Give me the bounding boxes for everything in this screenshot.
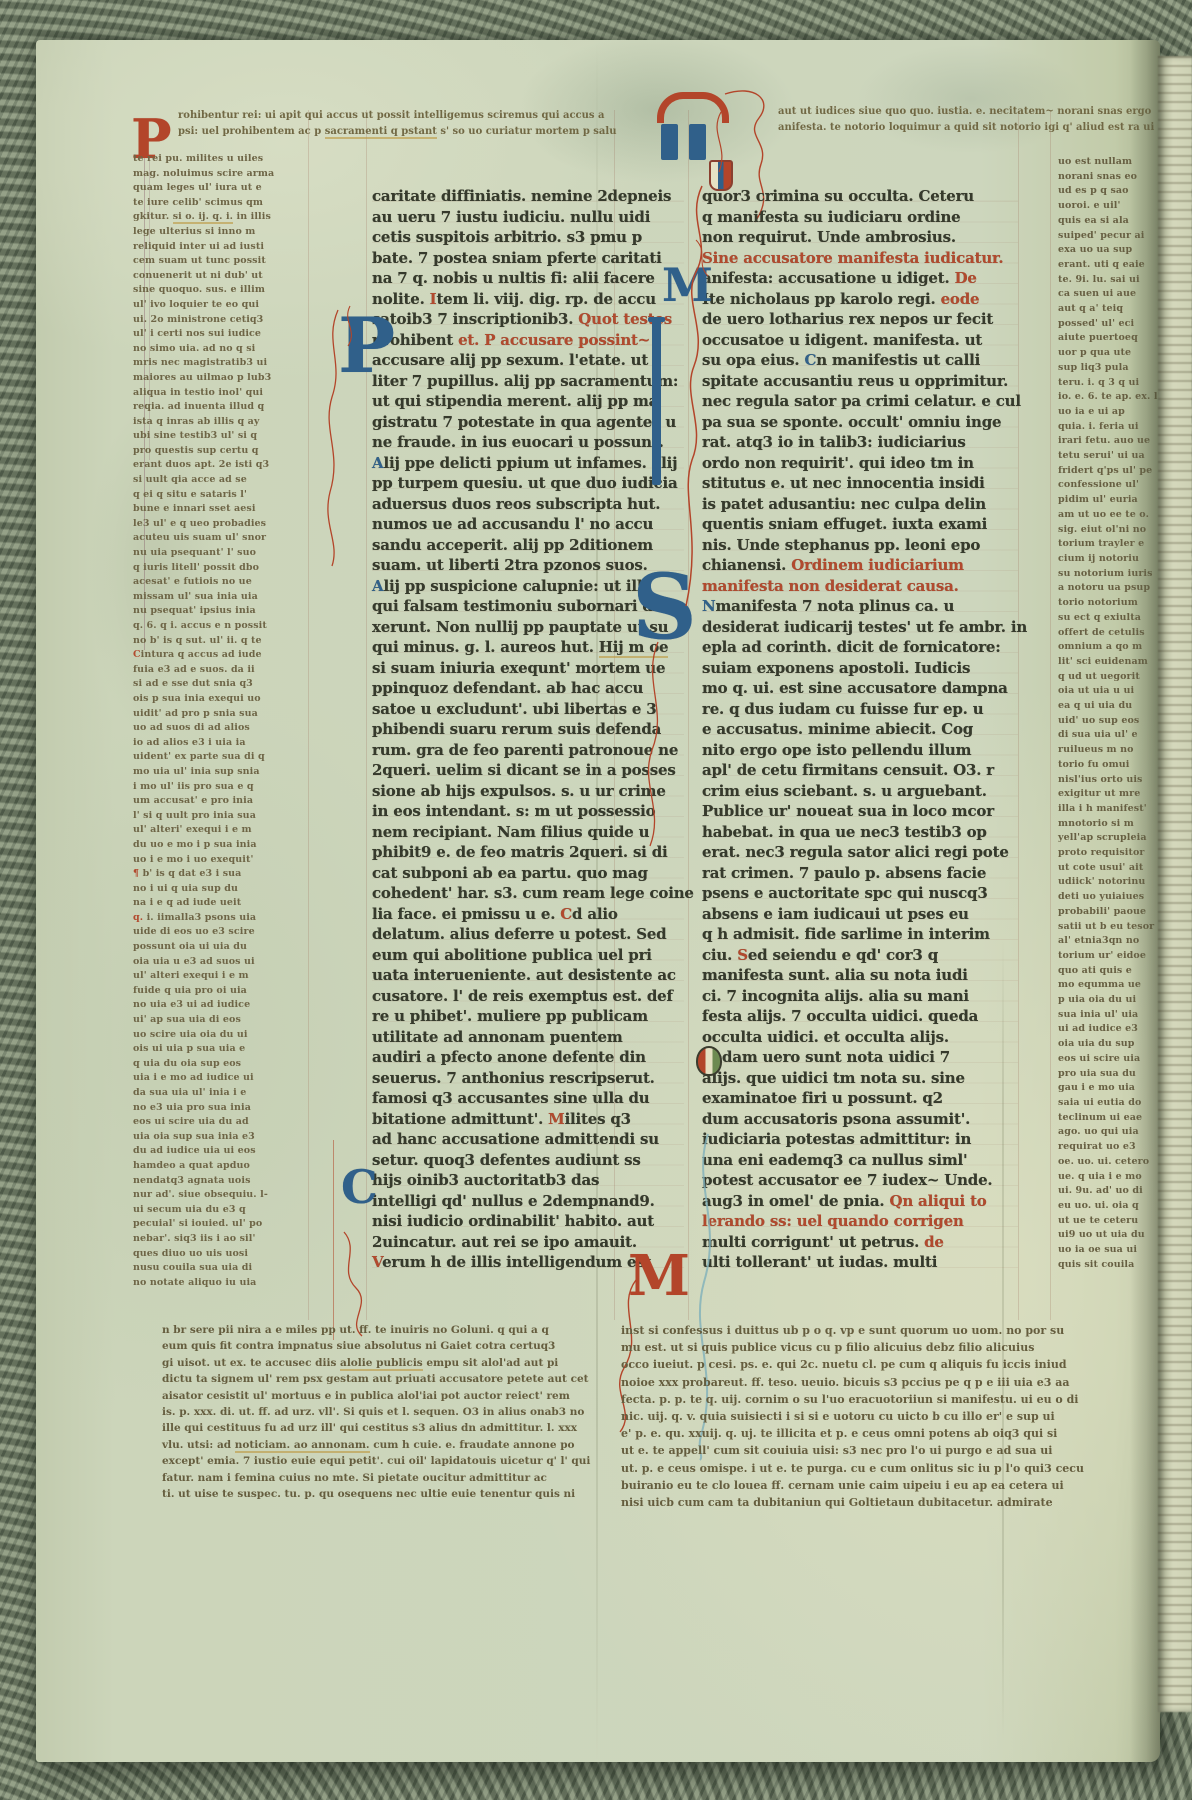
text-line: rat crimen. 7 paulo p. absens facie [702, 863, 1018, 884]
text-line: ciu. Sed seiendu e qd' cor3 q [702, 945, 1018, 966]
text-line: bitatione admittunt'. Milites q3 [372, 1109, 684, 1130]
text-line: ois ui uia p sua uia e [133, 1042, 309, 1057]
text-line: examinatoe firi u possunt. q2 [702, 1088, 1018, 1109]
text-line: q ei q situ e sataris l' [133, 488, 309, 503]
left-gloss-column: te rei pu. milites u uilesmag. noluimus … [133, 152, 309, 1290]
text-line: ad hanc accusatione admittendi su [372, 1129, 684, 1150]
text-line: occulta uidici. et occulta alijs. [702, 1027, 1018, 1048]
text-line: maiores au uilmao p lub3 [133, 371, 309, 386]
text-line: erat. nec3 regula sator alici regi pote [702, 842, 1018, 863]
text-line: ois p sua inia exequi uo [133, 692, 309, 707]
bottom-left-gloss: n br sere pii nira a e miles pp ut. ff. … [162, 1322, 606, 1502]
text-line: Publice ur' noueat sua in loco mcor [702, 801, 1018, 822]
text-line: anifesta: accusatione u idiget. De [702, 268, 1018, 289]
text-line: fatur. nam i femina cuius no mte. Si pie… [162, 1470, 606, 1486]
initial-blue-bar [661, 124, 678, 160]
text-line: eum qui abolitione publica uel pri [372, 945, 684, 966]
text-line: de uero lotharius rex nepos ur fecit [702, 309, 1018, 330]
initial-blue-bar [689, 124, 706, 160]
text-line: possunt oia ui uia du [133, 940, 309, 955]
text-line: desiderat iudicarij testes' ut fe ambr. … [702, 617, 1018, 638]
text-line: fuide q uia pro oi uia [133, 984, 309, 999]
text-line: aisator cesistit ul' mortuus e in public… [162, 1388, 606, 1404]
text-line: re. q dus iudam cu fuisse fur ep. u [702, 699, 1018, 720]
text-line: uia oia sup sua inia e3 [133, 1130, 309, 1145]
text-line: iudiciaria potestas admittitur: in [702, 1129, 1018, 1150]
text-line: accusare alij pp sexum. l'etate. ut [372, 350, 684, 371]
text-line: ut. p. e ceus omispe. i ut e. te purga. … [621, 1460, 1149, 1477]
text-line: prohibent et. P accusare possint~ [372, 330, 684, 351]
text-line: si ad e sse dut snia q3 [133, 677, 309, 692]
text-line: ques diuo uo uis uosi [133, 1247, 309, 1262]
text-line: uo scire uia oia du ui [133, 1028, 309, 1043]
text-line: ordo non requirit'. qui ideo tm in [702, 453, 1018, 474]
text-line: aduersus duos reos subscripta hut. [372, 494, 684, 515]
text-line: pp turpem quesiu. ut que duo iudicia [372, 473, 684, 494]
text-line: hijs oinib3 auctoritatb3 das [372, 1170, 684, 1191]
text-line: habebat. in qua ue nec3 testib3 op [702, 822, 1018, 843]
text-line: oia uia u e3 ad suos ui [133, 955, 309, 970]
text-line: gi uisot. ut ex. te accusec diis alolie … [162, 1355, 606, 1371]
text-line: nito ergo ope isto pellendu illum [702, 740, 1018, 761]
text-line: absens e iam iudicaui ut pses eu [702, 904, 1018, 925]
text-line: is patet adusantiu: nec culpa delin [702, 494, 1018, 515]
text-line: ut qui stipendia merent. alij pp ma [372, 391, 684, 412]
text-line: Sine accusatore manifesta iudicatur. [702, 248, 1018, 269]
text-line: q uia du oia sup eos [133, 1057, 309, 1072]
text-line: conuenerit ut ni dub' ut [133, 269, 309, 284]
text-line: Alij ppe delicti ppium ut infames. alij [372, 453, 684, 474]
text-line: no simo uia. ad no q si [133, 342, 309, 357]
text-line: mag. noluimus scire arma [133, 167, 309, 182]
text-line: occo iueiut. p cesi. ps. e. qui 2c. nuet… [621, 1356, 1149, 1373]
text-line: ul' i certi nos sui iudice [133, 327, 309, 342]
text-line: uo i e mo i uo exequit' [133, 853, 309, 868]
text-line: dum accusatoris psona assumit'. [702, 1109, 1018, 1130]
text-line: potest accusator ee 7 iudex~ Unde. [702, 1170, 1018, 1191]
text-line: quam leges ul' iura ut e [133, 181, 309, 196]
text-line: liter 7 pupillus. alij pp sacramentum: [372, 371, 684, 392]
text-line: ul' alteri' exequi i e m [133, 823, 309, 838]
text-line: bune e innari sset aesi [133, 502, 309, 517]
text-line: mu est. ut si quis publice vicus cu p fi… [621, 1339, 1149, 1356]
text-line: ti. ut uise te suspec. tu. p. qu osequen… [162, 1486, 606, 1502]
text-line: si uult qia acce ad se [133, 473, 309, 488]
text-line: spitate accusantiu reus u opprimitur. [702, 371, 1018, 392]
text-line: apl' de cetu firmitans censuit. O3. r [702, 760, 1018, 781]
text-line: uidit' ad pro p snia sua [133, 707, 309, 722]
text-line: fuia e3 ad e suos. da ii [133, 663, 309, 678]
text-line: gkitur. si o. ij. q. i. in illis [133, 210, 309, 225]
text-line: audiri a pfecto anone defente din [372, 1047, 684, 1068]
text-line: nusu couila sua uia di [133, 1261, 309, 1276]
q-ornament [696, 1046, 722, 1076]
text-line: missam ul' sua inia uia [133, 590, 309, 605]
text-line: nolite. Item li. viij. dig. rp. de accu [372, 289, 684, 310]
text-line: um accusat' e pro inia [133, 794, 309, 809]
text-line: sine quoquo. sus. e illim [133, 283, 309, 298]
text-line: acesat' e futiois no ue [133, 575, 309, 590]
text-line: nu uia psequant' l' suo [133, 546, 309, 561]
text-line: na i e q ad iude ueit [133, 896, 309, 911]
text-line: q. i. iimalla3 psons uia [133, 911, 309, 926]
text-line: alijs. que uidici tm nota su. sine [702, 1068, 1018, 1089]
text-line: ui secum uia du e3 q [133, 1203, 309, 1218]
text-line: stitutus e. ut nec innocentia insidi [702, 473, 1018, 494]
text-line: psi: uel prohibentem ac p sacramenti q p… [178, 124, 618, 140]
pen-flourish [628, 640, 688, 850]
text-line: cohedent' har. s3. cum ream lege coine [372, 883, 684, 904]
text-line: eum quis fit contra impnatus siue absolu… [162, 1338, 606, 1354]
text-line: buiranio eu te clo louea ff. cernam unie… [621, 1477, 1149, 1494]
page-curl-shadow [1130, 40, 1160, 1762]
text-line: fecta. p. p. te q. uij. cornim o su l'uo… [621, 1391, 1149, 1408]
text-line: q h admisit. fide sarlime in interim [702, 924, 1018, 945]
text-line: nisi uicb cum cam ta dubitaniun qui Golt… [621, 1494, 1149, 1511]
text-line: occusatoe u idigent. manifesta. ut [702, 330, 1018, 351]
text-line: cusatore. l' de reis exemptus est. def [372, 986, 684, 1007]
text-line: manifesta non desiderat causa. [702, 576, 1018, 597]
text-line: mo q. ui. est sine accusatore dampna [702, 678, 1018, 699]
text-line: n br sere pii nira a e miles pp ut. ff. … [162, 1322, 606, 1338]
bottom-right-gloss: inst si confessus i duittus ub p o q. vp… [621, 1322, 1149, 1511]
text-line: setur. quoq3 defentes audiunt ss [372, 1150, 684, 1171]
text-line: ul' ivo loquier te eo qui [133, 298, 309, 313]
pen-flourish [656, 180, 726, 610]
text-line: ui' ap sua uia di eos [133, 1013, 309, 1028]
column-rule [1018, 110, 1019, 1320]
text-line: da sua uia ul' inia i e [133, 1086, 309, 1101]
text-line: pa sua se sponte. occult' omniu inge [702, 412, 1018, 433]
text-line: no e3 uia pro sua inia [133, 1101, 309, 1116]
text-line: non requirut. Unde ambrosius. [702, 227, 1018, 248]
text-line: te rei pu. milites u uiles [133, 152, 309, 167]
text-line: na 7 q. nobis u nultis fi: alii facere [372, 268, 684, 289]
text-line: hamdeo a quat apduo [133, 1159, 309, 1174]
text-line: erant duos apt. 2e isti q3 [133, 458, 309, 473]
text-line: vlu. utsi: ad noticiam. ao annonam. cum … [162, 1437, 606, 1453]
text-line: satoib3 7 inscriptionib3. Quot testes [372, 309, 684, 330]
text-line: no notate aliquo iu uia [133, 1276, 309, 1291]
text-line: q. 6. q i. accus e n possit [133, 619, 309, 634]
text-line: reqia. ad inuenta illud q [133, 400, 309, 415]
text-line: q manifesta su iudiciaru ordine [702, 207, 1018, 228]
fabric-background: { "document": {"kind": "Medieval glossed… [0, 0, 1192, 1800]
text-line: lege ulterius si inno m [133, 225, 309, 240]
text-line: l' si q uult pro inia sua [133, 809, 309, 824]
text-line: seuerus. 7 anthonius rescripserut. [372, 1068, 684, 1089]
pen-line [333, 1140, 334, 1340]
text-line: anifesta. te notorio loquimur a quid sit… [778, 120, 1108, 136]
text-line: except' emia. 7 iustio euie equi petit'.… [162, 1453, 606, 1469]
text-line: au ueru 7 iustu iudiciu. nullu uidi [372, 207, 684, 228]
text-line: quentis sniam effuget. iuxta exami [702, 514, 1018, 535]
text-line: inst si confessus i duittus ub p o q. vp… [621, 1322, 1149, 1339]
text-line: nendatq3 agnata uois [133, 1174, 309, 1189]
text-line: q iuris litell' possit dbo [133, 561, 309, 576]
text-line: pro questis sup certu q [133, 444, 309, 459]
text-line: rohibentur rei: ui apit qui accus ut pos… [178, 108, 618, 124]
text-line: io ad alios e3 i uia ia [133, 736, 309, 751]
text-line: utilitate ad annonam puentem [372, 1027, 684, 1048]
text-line: te iure celib' scimus qm [133, 196, 309, 211]
text-line: aut ut iudices siue quo quo. iustia. e. … [778, 104, 1108, 120]
text-line: nisi iudicio ordinabilit' habito. aut [372, 1211, 684, 1232]
column-rule [366, 110, 367, 1320]
text-line: ista q inras ab illis q ay [133, 415, 309, 430]
text-line: ille qui cestituus fu ad urz ill' qui ce… [162, 1420, 606, 1436]
text-line: uident' ex parte sua di q [133, 750, 309, 765]
text-line: cem suam ut tunc possit [133, 254, 309, 269]
text-line: nis. Unde stephanus pp. leoni epo [702, 535, 1018, 556]
text-line: uia i e mo ad iudice ui [133, 1071, 309, 1086]
text-line: ut e. te appell' cum sit couiuia uisi: s… [621, 1442, 1149, 1459]
text-line: cat subponi ab ea partu. quo mag [372, 863, 684, 884]
text-line: intelligi qd' nullus e 2dempnand9. [372, 1191, 684, 1212]
text-line: chianensi. Ordinem iudiciarium [702, 555, 1018, 576]
text-line: uo ad suos di ad alios [133, 721, 309, 736]
main-text-column-2: quor3 crimina su occulta. Ceteruq manife… [702, 186, 1018, 1273]
text-line: Cintura q accus ad iude [133, 648, 309, 663]
text-line: du ad iudice uia ui eos [133, 1144, 309, 1159]
text-line: uedam uero sunt nota uidici 7 [702, 1047, 1018, 1068]
text-line: Ite nicholaus pp karolo regi. eode [702, 289, 1018, 310]
text-line: aliqua in testio inol' qui [133, 386, 309, 401]
text-line: nic. uij. q. v. quia suisiecti i si si e… [621, 1408, 1149, 1425]
underlying-page-edge [1158, 56, 1192, 1712]
text-line: manifesta sunt. alia su nota iudi [702, 965, 1018, 986]
header-left: rohibentur rei: ui apit qui accus ut pos… [178, 108, 618, 140]
text-line: delatum. alius deferre u potest. Sed [372, 924, 684, 945]
text-line: multi corrigunt' ut petrus. de [702, 1232, 1018, 1253]
text-line: dictu ta signem ul' rem psx gestam aut p… [162, 1371, 606, 1387]
text-line: Nmanifesta 7 nota plinus ca. u [702, 596, 1018, 617]
text-line: le3 ul' e q ueo probadies [133, 517, 309, 532]
text-line: aug3 in omel' de pnia. Qn aliqui to [702, 1191, 1018, 1212]
text-line: e accusatus. minime abiecit. Cog [702, 719, 1018, 740]
text-line: mo uia ul' inia sup snia [133, 765, 309, 780]
text-line: ubi sine testib3 ul' si q [133, 429, 309, 444]
text-line: cetis suspitois arbitrio. s3 pmu p [372, 227, 684, 248]
text-line: mris nec magistratib3 ui [133, 356, 309, 371]
text-line: festa alijs. 7 occulta uidici. queda [702, 1006, 1018, 1027]
text-line: crim eius sciebant. s. u arguebant. [702, 781, 1018, 802]
text-line: su opa eius. Cn manifestis ut calli [702, 350, 1018, 371]
text-line: nec regula sator pa crimi celatur. e cul [702, 391, 1018, 412]
text-line: uide di eos uo e3 scire [133, 925, 309, 940]
text-line: caritate diffiniatis. nemine 2depneis [372, 186, 684, 207]
header-right: aut ut iudices siue quo quo. iustia. e. … [778, 104, 1108, 136]
drop-cap-c-blue: C [341, 1164, 378, 1210]
text-line: noioe xxx probareut. ff. teso. ueuio. bi… [621, 1374, 1149, 1391]
text-line: no b' is q sut. ul' ii. q te [133, 634, 309, 649]
text-line: rat. atq3 io in talib3: iudiciarius [702, 432, 1018, 453]
text-line: epla ad corinth. dicit de fornicatore: [702, 637, 1018, 658]
text-line: numos ue ad accusandu l' no accu [372, 514, 684, 535]
text-line: no i ui q uia sup du [133, 882, 309, 897]
text-line: lerando ss: uel quando corrigen [702, 1211, 1018, 1232]
text-line: quor3 crimina su occulta. Ceteru [702, 186, 1018, 207]
text-line: uata interueniente. aut desistente ac [372, 965, 684, 986]
text-line: acuteu uis suam ul' snor [133, 531, 309, 546]
text-line: e' p. e. qu. xxuij. q. uj. te illicita e… [621, 1425, 1149, 1442]
text-line: i mo ul' iis pro sua e q [133, 780, 309, 795]
manuscript-page: P rohibentur rei: ui apit qui accus ut p… [36, 40, 1160, 1762]
text-line: una eni eademq3 ca nullus siml' [702, 1150, 1018, 1171]
text-line: nebar'. siq3 iis i ao sil' [133, 1232, 309, 1247]
text-line: eos ui scire uia du ad [133, 1115, 309, 1130]
pen-flourish [324, 302, 380, 572]
text-line: ¶ b' is q dat e3 i sua [133, 867, 309, 882]
text-line: re u phibet'. muliere pp publicam [372, 1006, 684, 1027]
text-line: famosi q3 accusantes sine ulla du [372, 1088, 684, 1109]
text-line: lia face. ei pmissu u e. Cd alio [372, 904, 684, 925]
text-line: nur ad'. siue obsequiu. l- [133, 1188, 309, 1203]
text-line: nu psequat' ipsius inia [133, 604, 309, 619]
text-line: ul' alteri exequi i e m [133, 969, 309, 984]
text-line: gistratu 7 potestate in qua agentes u [372, 412, 684, 433]
text-line: suiam exponens apostoli. Iudicis [702, 658, 1018, 679]
column-rule [1050, 110, 1051, 1320]
text-line: bate. 7 postea sniam pferte caritati [372, 248, 684, 269]
text-line: ulti tollerant' ut iudas. multi [702, 1252, 1018, 1273]
text-line: du uo e mo i p sua inia [133, 838, 309, 853]
text-line: reliquid inter ui ad iusti [133, 240, 309, 255]
text-line: pecuial' si iouied. ul' po [133, 1217, 309, 1232]
text-line: is. p. xxx. di. ut. ff. ad urz. vll'. Si… [162, 1404, 606, 1420]
text-line: no uia e3 ui ad iudice [133, 998, 309, 1013]
text-line: ne fraude. in ius euocari u possunt. [372, 432, 684, 453]
text-line: ui. 2o ministrone cetiq3 [133, 313, 309, 328]
text-line: ci. 7 incognita alijs. alia su mani [702, 986, 1018, 1007]
text-line: psens e auctoritate spc qui nuscq3 [702, 883, 1018, 904]
parchment-stain [856, 44, 1086, 154]
text-line: sandu acceperit. alij pp 2ditionem [372, 535, 684, 556]
